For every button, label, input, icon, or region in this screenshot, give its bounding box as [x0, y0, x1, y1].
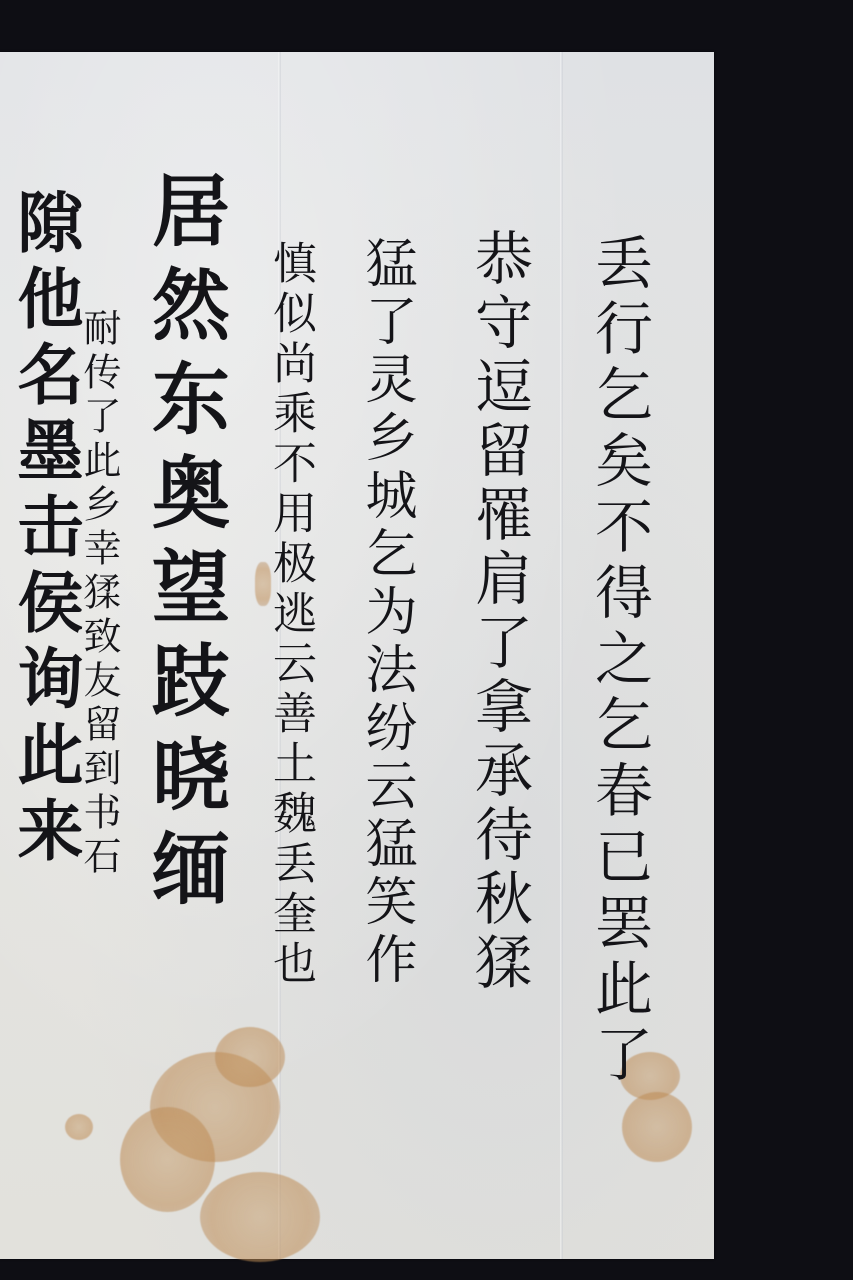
calligraphy-column-7: 隙他名墨击侯询此来: [12, 188, 78, 872]
water-stain: [120, 1107, 215, 1212]
paper-fold-line: [560, 52, 563, 1259]
water-stain: [622, 1092, 692, 1162]
water-stain: [215, 1027, 285, 1087]
calligraphy-column-4: 慎似尚乘不用极逃云善土魏丢奎也: [268, 240, 312, 990]
water-stain: [65, 1114, 93, 1140]
water-stain: [200, 1172, 320, 1262]
calligraphy-column-2: 恭守逗留罹肩了拿承待秋猱: [470, 228, 528, 996]
calligraphy-column-1: 丢行乞矣不得之乞春已罢此了: [590, 232, 648, 1090]
calligraphy-column-5: 居然东奥望跂晓缅: [145, 170, 223, 922]
calligraphy-column-3: 猛了灵乡城乞为法纷云猛笑作: [360, 236, 412, 990]
calligraphy-column-6: 耐传了此乡幸猱致友留到书石: [80, 308, 118, 880]
